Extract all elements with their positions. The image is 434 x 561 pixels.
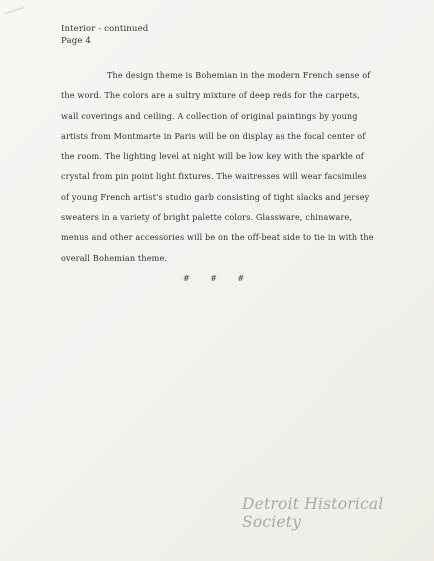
pen-mark: [5, 7, 25, 17]
header-section-title: Interior - continued: [61, 23, 148, 35]
paragraph-line: crystal from pin point light fixtures. T…: [61, 166, 371, 186]
paragraph-line: artists from Montmarte in Paris will be …: [61, 126, 371, 146]
body-paragraph: The design theme is Bohemian in the mode…: [61, 65, 371, 268]
paragraph-line: menus and other accessories will be on t…: [61, 227, 371, 247]
page-header: Interior - continued Page 4: [61, 23, 148, 47]
paragraph-line: overall Bohemian theme.: [61, 248, 371, 268]
watermark: Detroit Historical Society: [242, 495, 434, 531]
paragraph-line: the room. The lighting level at night wi…: [61, 146, 371, 166]
document-page: Interior - continued Page 4 The design t…: [0, 0, 434, 561]
paragraph-line: wall coverings and ceiling. A collection…: [61, 106, 371, 126]
header-page-number: Page 4: [61, 35, 148, 47]
paragraph-line: The design theme is Bohemian in the mode…: [61, 65, 371, 85]
paragraph-line: of young French artist's studio garb con…: [61, 187, 371, 207]
paragraph-line: the word. The colors are a sultry mixtur…: [61, 85, 371, 105]
paragraph-line: sweaters in a variety of bright palette …: [61, 207, 371, 227]
end-of-section-mark: # # #: [183, 274, 244, 283]
